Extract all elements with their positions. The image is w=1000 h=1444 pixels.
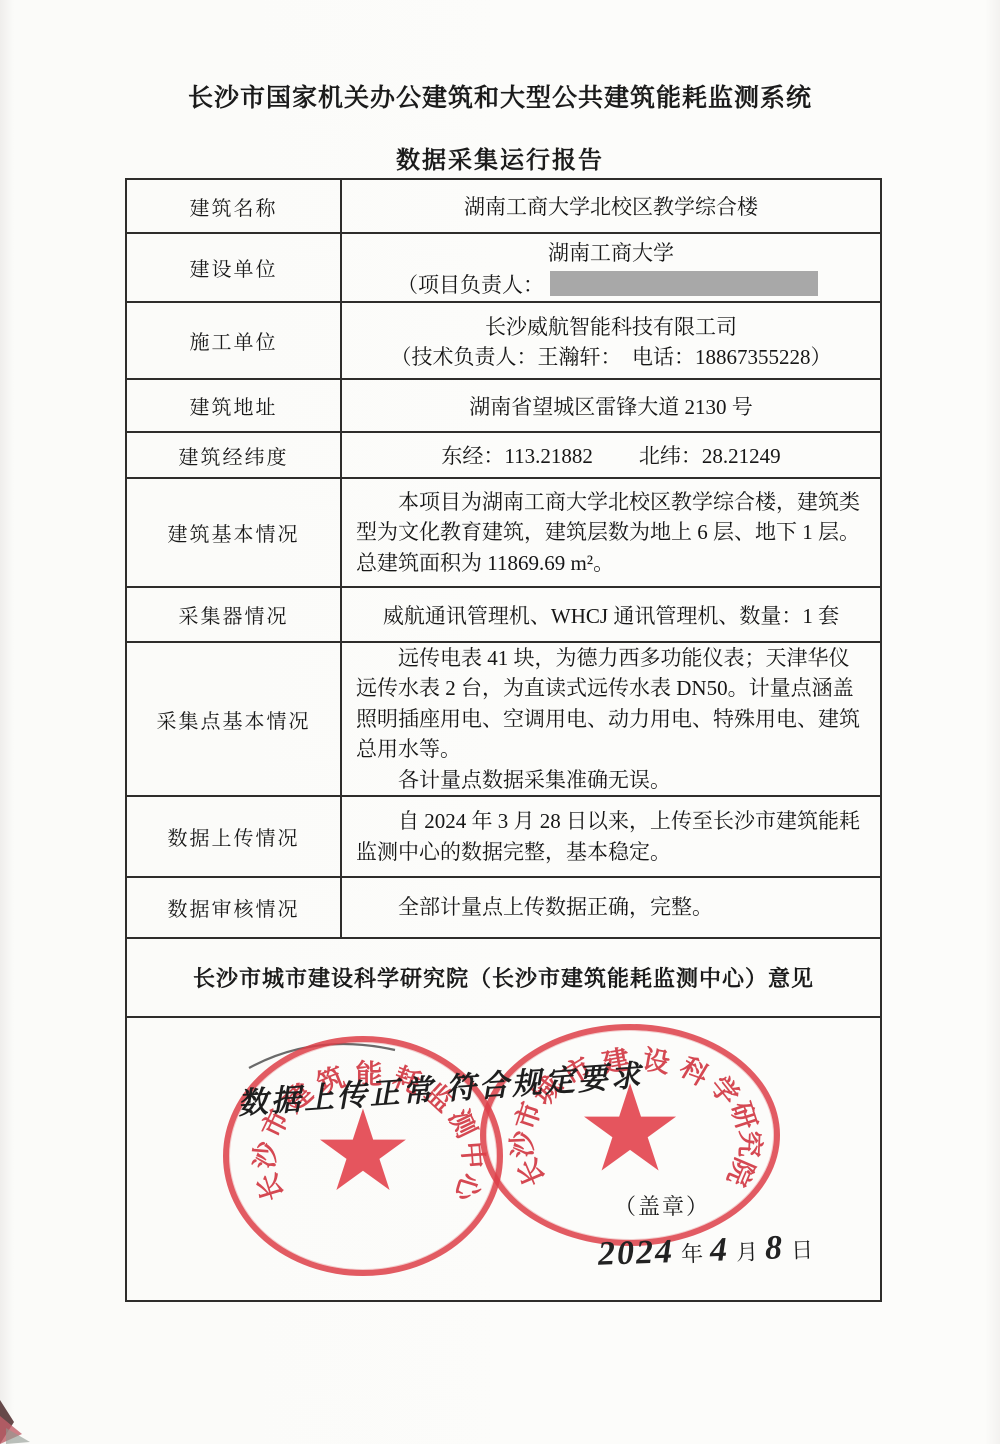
seal-here-hint: （盖章） [614, 1190, 710, 1221]
upload-status-text: 自 2024 年 3 月 28 日以来，上传至长沙市建筑能耗监测中心的数据完整，… [342, 806, 880, 867]
stamp-text-char: 测 [444, 1106, 480, 1142]
table-row-building-name: 建筑名称 湖南工商大学北校区教学综合楼 [127, 180, 880, 234]
longitude-value: 东经：113.21882 [441, 440, 592, 470]
address-value: 湖南省望城区雷锋大道 2130 号 [342, 391, 880, 421]
collector-value: 威航通讯管理机、WHCJ 通讯管理机、数量：1 套 [342, 600, 880, 630]
row-value: 湖南工商大学 （项目负责人： [342, 234, 880, 301]
report-table: 建筑名称 湖南工商大学北校区教学综合楼 建设单位 湖南工商大学 （项目负责人： … [125, 178, 882, 1302]
handwritten-date: 2024年4月8日 [594, 1228, 817, 1274]
row-label: 数据审核情况 [127, 878, 342, 937]
row-value: 长沙威航智能科技有限工司 （技术负责人：王瀚轩： 电话：18867355228） [342, 303, 880, 378]
table-row-address: 建筑地址 湖南省望城区雷锋大道 2130 号 [127, 380, 880, 433]
report-title-line1: 长沙市国家机关办公建筑和大型公共建筑能耗监测系统 [0, 78, 1000, 114]
report-title-line2: 数据采集运行报告 [0, 140, 1000, 175]
contractor-contact: （技术负责人：王瀚轩： 电话：18867355228） [342, 341, 880, 371]
scanned-report-page: 长沙市国家机关办公建筑和大型公共建筑能耗监测系统 数据采集运行报告 建筑名称 湖… [0, 0, 1000, 1444]
owner-name: 湖南工商大学 [342, 237, 880, 267]
table-row-collector: 采集器情况 威航通讯管理机、WHCJ 通讯管理机、数量：1 套 [127, 588, 880, 643]
metering-points-text-1: 远传电表 41 块，为德力西多功能仪表；天津华仪远传水表 2 台，为直读式远传水… [342, 643, 880, 765]
building-name-value: 湖南工商大学北校区教学综合楼 [342, 191, 880, 221]
table-row-opinion-header: 长沙市城市建设科学研究院（长沙市建筑能耗监测中心）意见 [127, 939, 880, 1018]
basic-info-text: 本项目为湖南工商大学北校区教学综合楼，建筑类型为文化教育建筑，建筑层数为地上 6… [342, 487, 880, 578]
opinion-header-text: 长沙市城市建设科学研究院（长沙市建筑能耗监测中心）意见 [127, 962, 880, 993]
metering-points-text-2: 各计量点数据采集准确无误。 [342, 765, 880, 795]
row-value: 本项目为湖南工商大学北校区教学综合楼，建筑类型为文化教育建筑，建筑层数为地上 6… [342, 479, 880, 586]
row-label: 建设单位 [127, 234, 342, 301]
table-row-contractor: 施工单位 长沙威航智能科技有限工司 （技术负责人：王瀚轩： 电话：1886735… [127, 303, 880, 380]
contractor-name: 长沙威航智能科技有限工司 [342, 311, 880, 341]
stamp-text-char: 研 [726, 1099, 760, 1133]
table-row-stamp-area: ★ 长沙市建筑能耗监测中心 ★ 长沙市城市建设科学研究院 数据上传正常 符合规定… [127, 1018, 880, 1300]
row-label: 施工单位 [127, 303, 342, 378]
stamp-text-char: 长 [514, 1155, 549, 1190]
row-value: 自 2024 年 3 月 28 日以来，上传至长沙市建筑能耗监测中心的数据完整，… [342, 797, 880, 876]
redacted-name-bar [550, 271, 818, 296]
row-value: 东经：113.21882 北纬：28.21249 [342, 433, 880, 477]
scan-artifact-corner [0, 1382, 34, 1444]
stamp-text-char: 沙 [252, 1141, 281, 1170]
table-row-upload: 数据上传情况 自 2024 年 3 月 28 日以来，上传至长沙市建筑能耗监测中… [127, 797, 880, 878]
row-label: 建筑基本情况 [127, 479, 342, 586]
stamp-text-char: 究 [735, 1130, 763, 1158]
date-year: 2024 [594, 1233, 677, 1273]
table-row-owner: 建设单位 湖南工商大学 （项目负责人： [127, 234, 880, 303]
row-label: 采集器情况 [127, 588, 342, 641]
date-month: 4 [706, 1231, 732, 1269]
opinion-header-cell: 长沙市城市建设科学研究院（长沙市建筑能耗监测中心）意见 [127, 939, 880, 1016]
latitude-value: 北纬：28.21249 [639, 440, 781, 470]
row-label: 数据上传情况 [127, 797, 342, 876]
table-row-basic-info: 建筑基本情况 本项目为湖南工商大学北校区教学综合楼，建筑类型为文化教育建筑，建筑… [127, 479, 880, 588]
project-leader-prefix: （项目负责人： [397, 269, 544, 299]
audit-status-text: 全部计量点上传数据正确，完整。 [342, 892, 880, 922]
table-row-audit: 数据审核情况 全部计量点上传数据正确，完整。 [127, 878, 880, 939]
row-value: 威航通讯管理机、WHCJ 通讯管理机、数量：1 套 [342, 588, 880, 641]
row-label: 采集点基本情况 [127, 643, 342, 795]
date-day: 8 [761, 1229, 787, 1267]
row-label: 建筑经纬度 [127, 433, 342, 477]
row-label: 建筑地址 [127, 380, 342, 431]
date-day-unit: 日 [787, 1237, 818, 1263]
stamp-text-char: 沙 [509, 1130, 537, 1158]
row-value: 全部计量点上传数据正确，完整。 [342, 878, 880, 937]
coordinates-line: 东经：113.21882 北纬：28.21249 [342, 440, 880, 470]
table-row-metering-points: 采集点基本情况 远传电表 41 块，为德力西多功能仪表；天津华仪远传水表 2 台… [127, 643, 880, 797]
row-label: 建筑名称 [127, 180, 342, 232]
table-row-coordinates: 建筑经纬度 东经：113.21882 北纬：28.21249 [127, 433, 880, 479]
row-value: 湖南工商大学北校区教学综合楼 [342, 180, 880, 232]
date-month-unit: 月 [732, 1239, 763, 1265]
stamp-text-char: 市 [512, 1099, 546, 1133]
stamp-text-char: 长 [254, 1171, 288, 1205]
stamp-text-char: 院 [722, 1155, 757, 1190]
date-year-unit: 年 [677, 1241, 708, 1267]
row-value: 远传电表 41 块，为德力西多功能仪表；天津华仪远传水表 2 台，为直读式远传水… [342, 643, 880, 795]
stamp-text-char: 心 [451, 1171, 485, 1205]
project-leader-line: （项目负责人： [342, 269, 880, 299]
row-value: 湖南省望城区雷锋大道 2130 号 [342, 380, 880, 431]
